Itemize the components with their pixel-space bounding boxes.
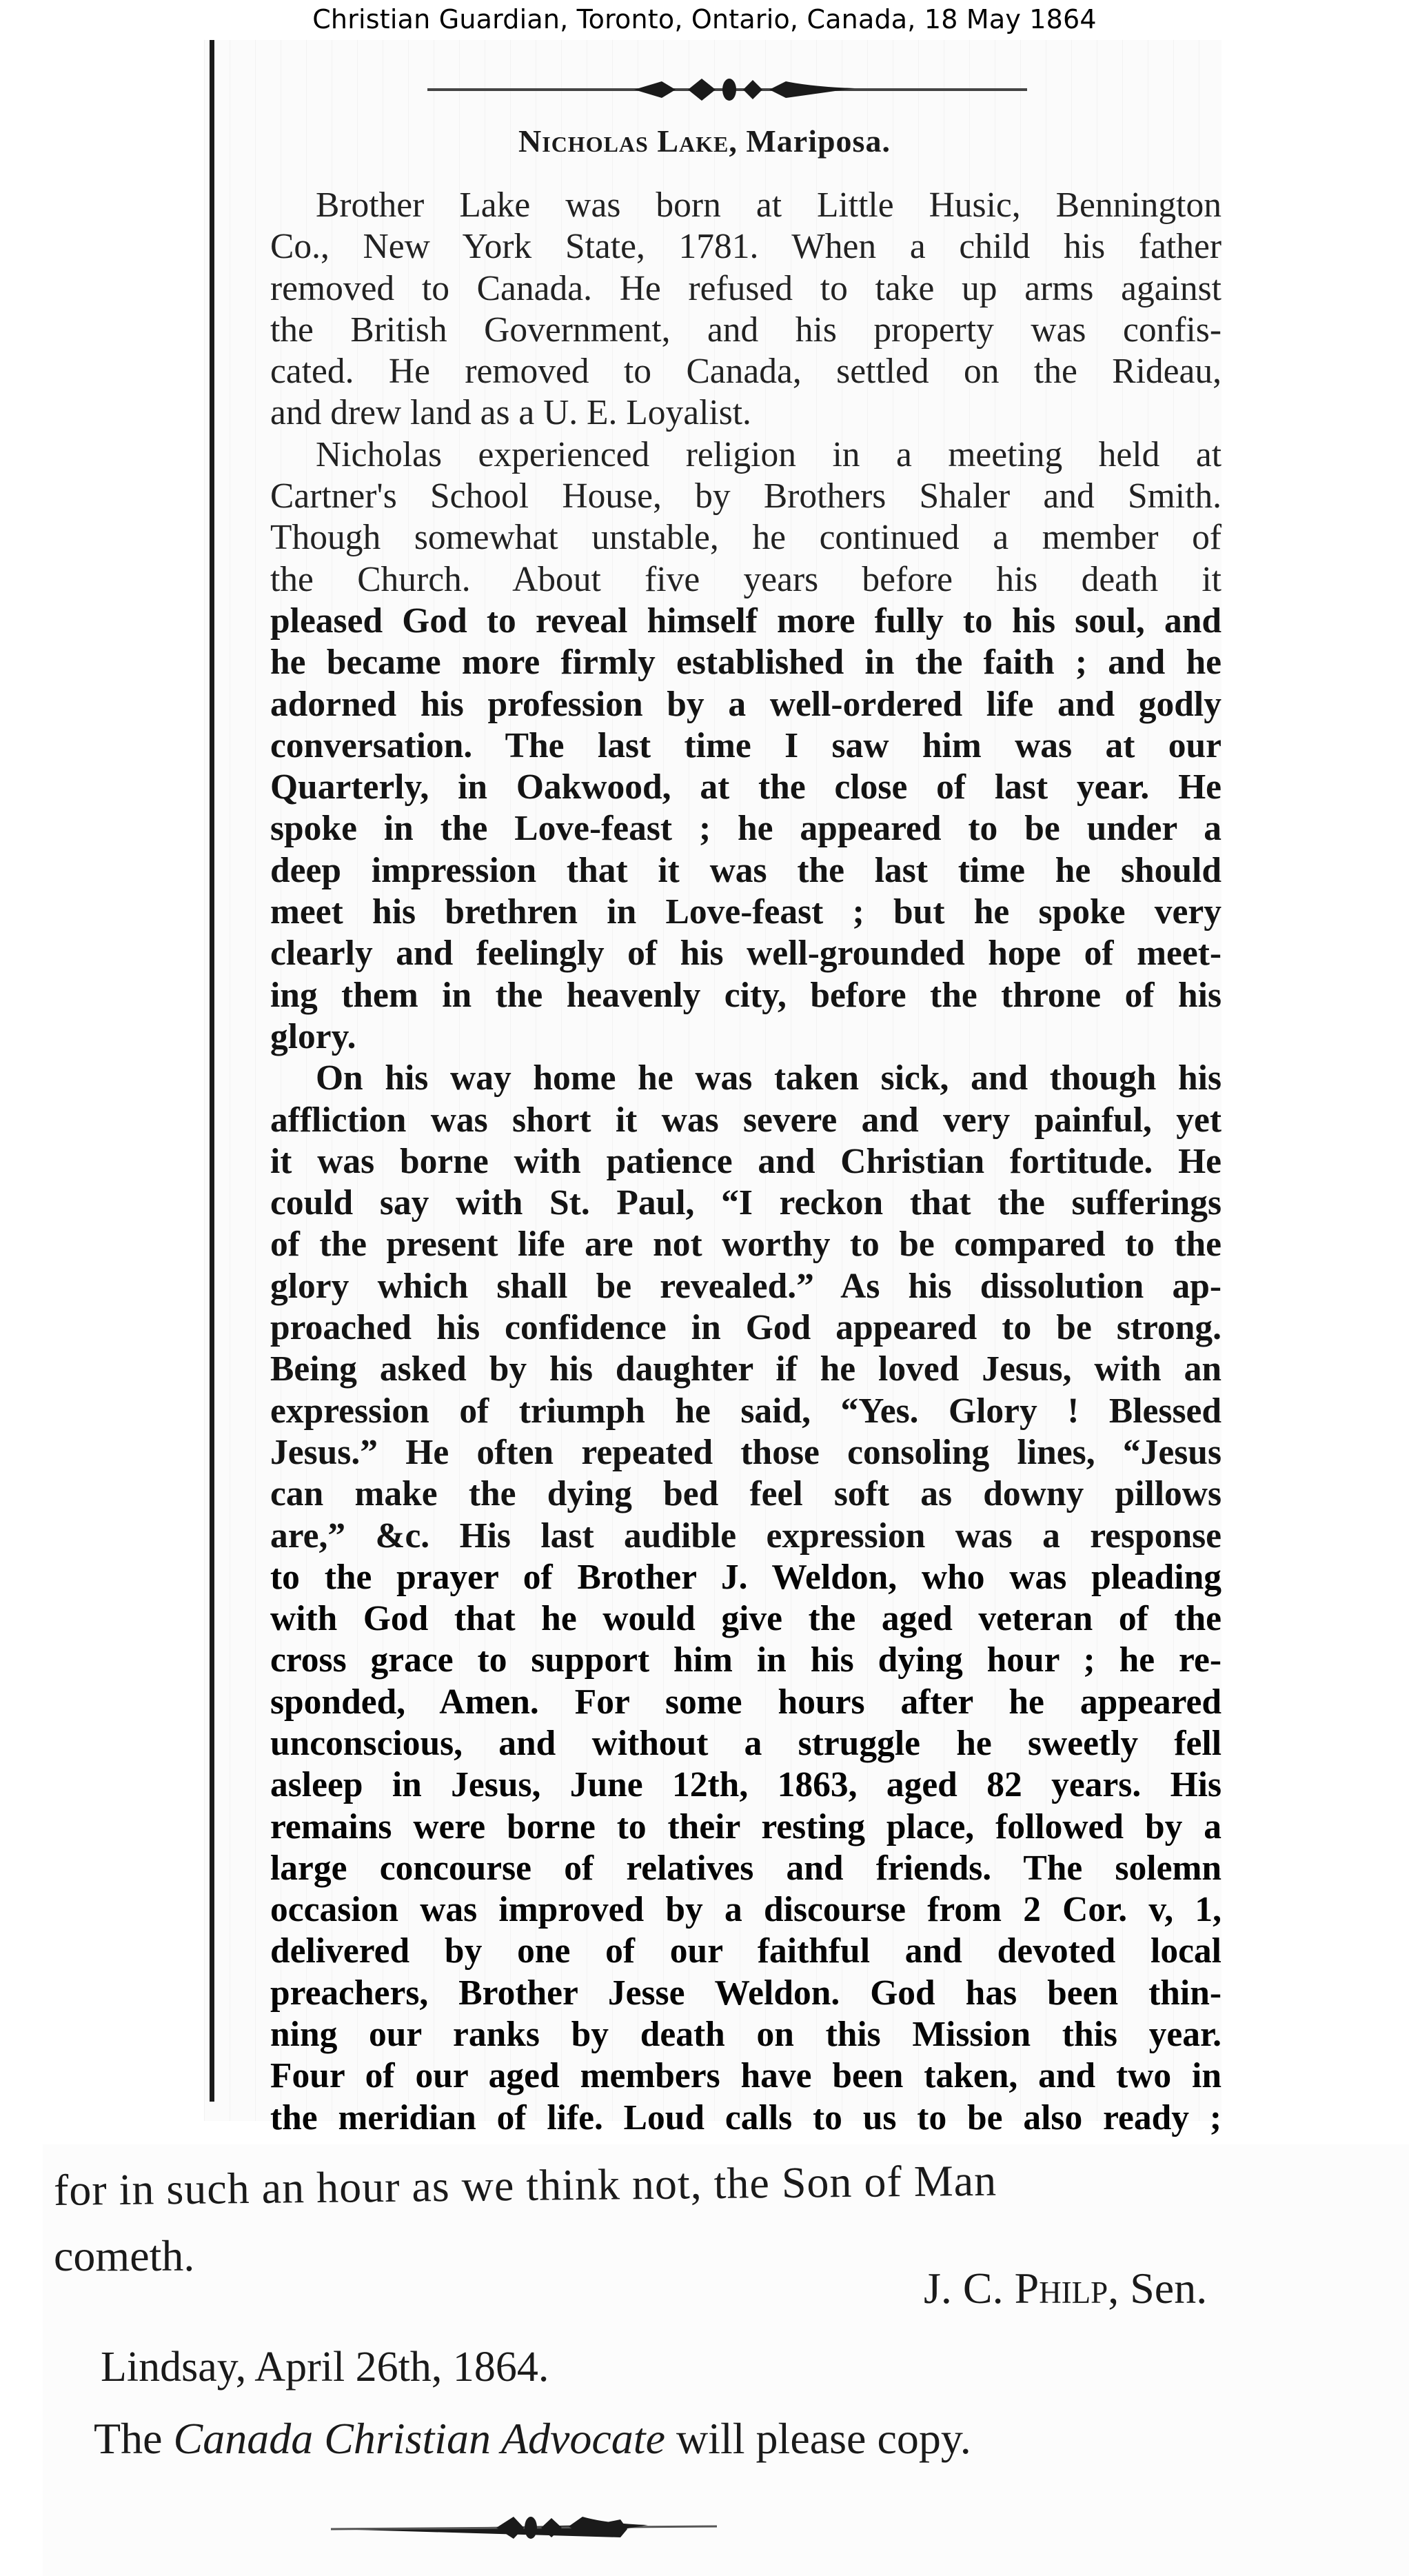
paragraph-1: Brother Lake was born at Little Husic, B… [225, 185, 1222, 434]
text-line: unconscious, and without a struggle he s… [225, 1723, 1222, 1764]
continuation-line-2: cometh. [54, 2231, 194, 2282]
text-line: asleep in Jesus, June 12th, 1863, aged 8… [225, 1764, 1222, 1806]
text-line: removed to Canada. He refused to take up… [225, 268, 1222, 310]
text-line: it was borne with patience and Christian… [225, 1141, 1222, 1183]
text-line: ing them in the heavenly city, before th… [225, 975, 1222, 1016]
text-line: can make the dying bed feel soft as down… [225, 1473, 1222, 1515]
text-line: Being asked by his daughter if he loved … [225, 1349, 1222, 1390]
obituary-body: Brother Lake was born at Little Husic, B… [225, 185, 1222, 2139]
text-line: Nicholas experienced religion in a meeti… [225, 434, 1222, 476]
headline-name: Nicholas Lake [518, 123, 729, 159]
bottom-divider-ornament [331, 2510, 717, 2544]
copy-notice: The Canada Christian Advocate will pleas… [94, 2413, 971, 2464]
text-line: sponded, Amen. For some hours after he a… [225, 1682, 1222, 1723]
text-line: delivered by one of our faithful and dev… [225, 1931, 1222, 1972]
text-line: spoke in the Love-feast ; he appeared to… [225, 808, 1222, 849]
text-line: occasion was improved by a discourse fro… [225, 1889, 1222, 1931]
text-line: the meridian of life. Loud calls to us t… [225, 2097, 1222, 2139]
text-line: the Church. About five years before his … [225, 559, 1222, 601]
text-line: he became more firmly established in the… [225, 642, 1222, 683]
text-line: and drew land as a U. E. Loyalist. [225, 392, 1222, 434]
text-line: are,” &c. His last audible expression wa… [225, 1516, 1222, 1557]
text-line: remains were borne to their resting plac… [225, 1807, 1222, 1848]
text-line: to the prayer of Brother J. Weldon, who … [225, 1557, 1222, 1598]
text-line: of the present life are not worthy to be… [225, 1224, 1222, 1265]
signature: J. C. Philp, Sen. [924, 2263, 1207, 2314]
text-line: meet his brethren in Love-feast ; but he… [225, 892, 1222, 933]
text-line: ning our ranks by death on this Mission … [225, 2014, 1222, 2055]
text-line: deep impression that it was the last tim… [225, 850, 1222, 892]
text-line: expression of triumph he said, “Yes. Glo… [225, 1391, 1222, 1432]
text-line: cross grace to support him in his dying … [225, 1640, 1222, 1681]
signature-surname: Philp [1015, 2264, 1108, 2313]
text-line: could say with St. Paul, “I reckon that … [225, 1183, 1222, 1224]
page-caption: Christian Guardian, Toronto, Ontario, Ca… [0, 4, 1409, 34]
text-line: large concourse of relatives and friends… [225, 1848, 1222, 1889]
obituary-headline: Nicholas Lake, Mariposa. [0, 123, 1409, 159]
text-line: Jesus.” He often repeated those consolin… [225, 1432, 1222, 1473]
text-line: Though somewhat unstable, he continued a… [225, 517, 1222, 559]
text-line: glory which shall be revealed.” As his d… [225, 1266, 1222, 1307]
text-line: On his way home he was taken sick, and t… [225, 1058, 1222, 1099]
text-line: pleased God to reveal himself more fully… [225, 601, 1222, 642]
dateline: Lindsay, April 26th, 1864. [101, 2343, 549, 2392]
publication-name: Canada Christian Advocate [174, 2414, 665, 2463]
text-line: with God that he would give the aged vet… [225, 1598, 1222, 1640]
text-line: Four of our aged members have been taken… [225, 2055, 1222, 2097]
text-line: Co., New York State, 1781. When a child … [225, 226, 1222, 268]
column-rule [210, 40, 214, 2102]
text-line: preachers, Brother Jesse Weldon. God has… [225, 1973, 1222, 2014]
text-line: cated. He removed to Canada, settled on … [225, 351, 1222, 392]
paragraph-3: On his way home he was taken sick, and t… [225, 1058, 1222, 2139]
text-line: proached his confidence in God appeared … [225, 1307, 1222, 1349]
paragraph-2: Nicholas experienced religion in a meeti… [225, 434, 1222, 1058]
continuation-line-1: for in such an hour as we think not, the… [54, 2155, 997, 2216]
signature-suffix: , Sen. [1108, 2264, 1207, 2313]
text-line: Cartner's School House, by Brothers Shal… [225, 476, 1222, 517]
text-line: conversation. The last time I saw him wa… [225, 725, 1222, 767]
text-line: adorned his profession by a well-ordered… [225, 684, 1222, 725]
text-line: glory. [225, 1016, 1222, 1058]
text-line: the British Government, and his property… [225, 310, 1222, 351]
headline-place: Mariposa. [746, 123, 891, 159]
text-line: Quarterly, in Oakwood, at the close of l… [225, 767, 1222, 808]
text-line: Brother Lake was born at Little Husic, B… [225, 185, 1222, 226]
signature-initials: J. C. [924, 2264, 1015, 2313]
text-line: clearly and feelingly of his well-ground… [225, 933, 1222, 974]
text-line: affliction was short it was severe and v… [225, 1100, 1222, 1141]
top-divider-ornament [427, 76, 1027, 103]
